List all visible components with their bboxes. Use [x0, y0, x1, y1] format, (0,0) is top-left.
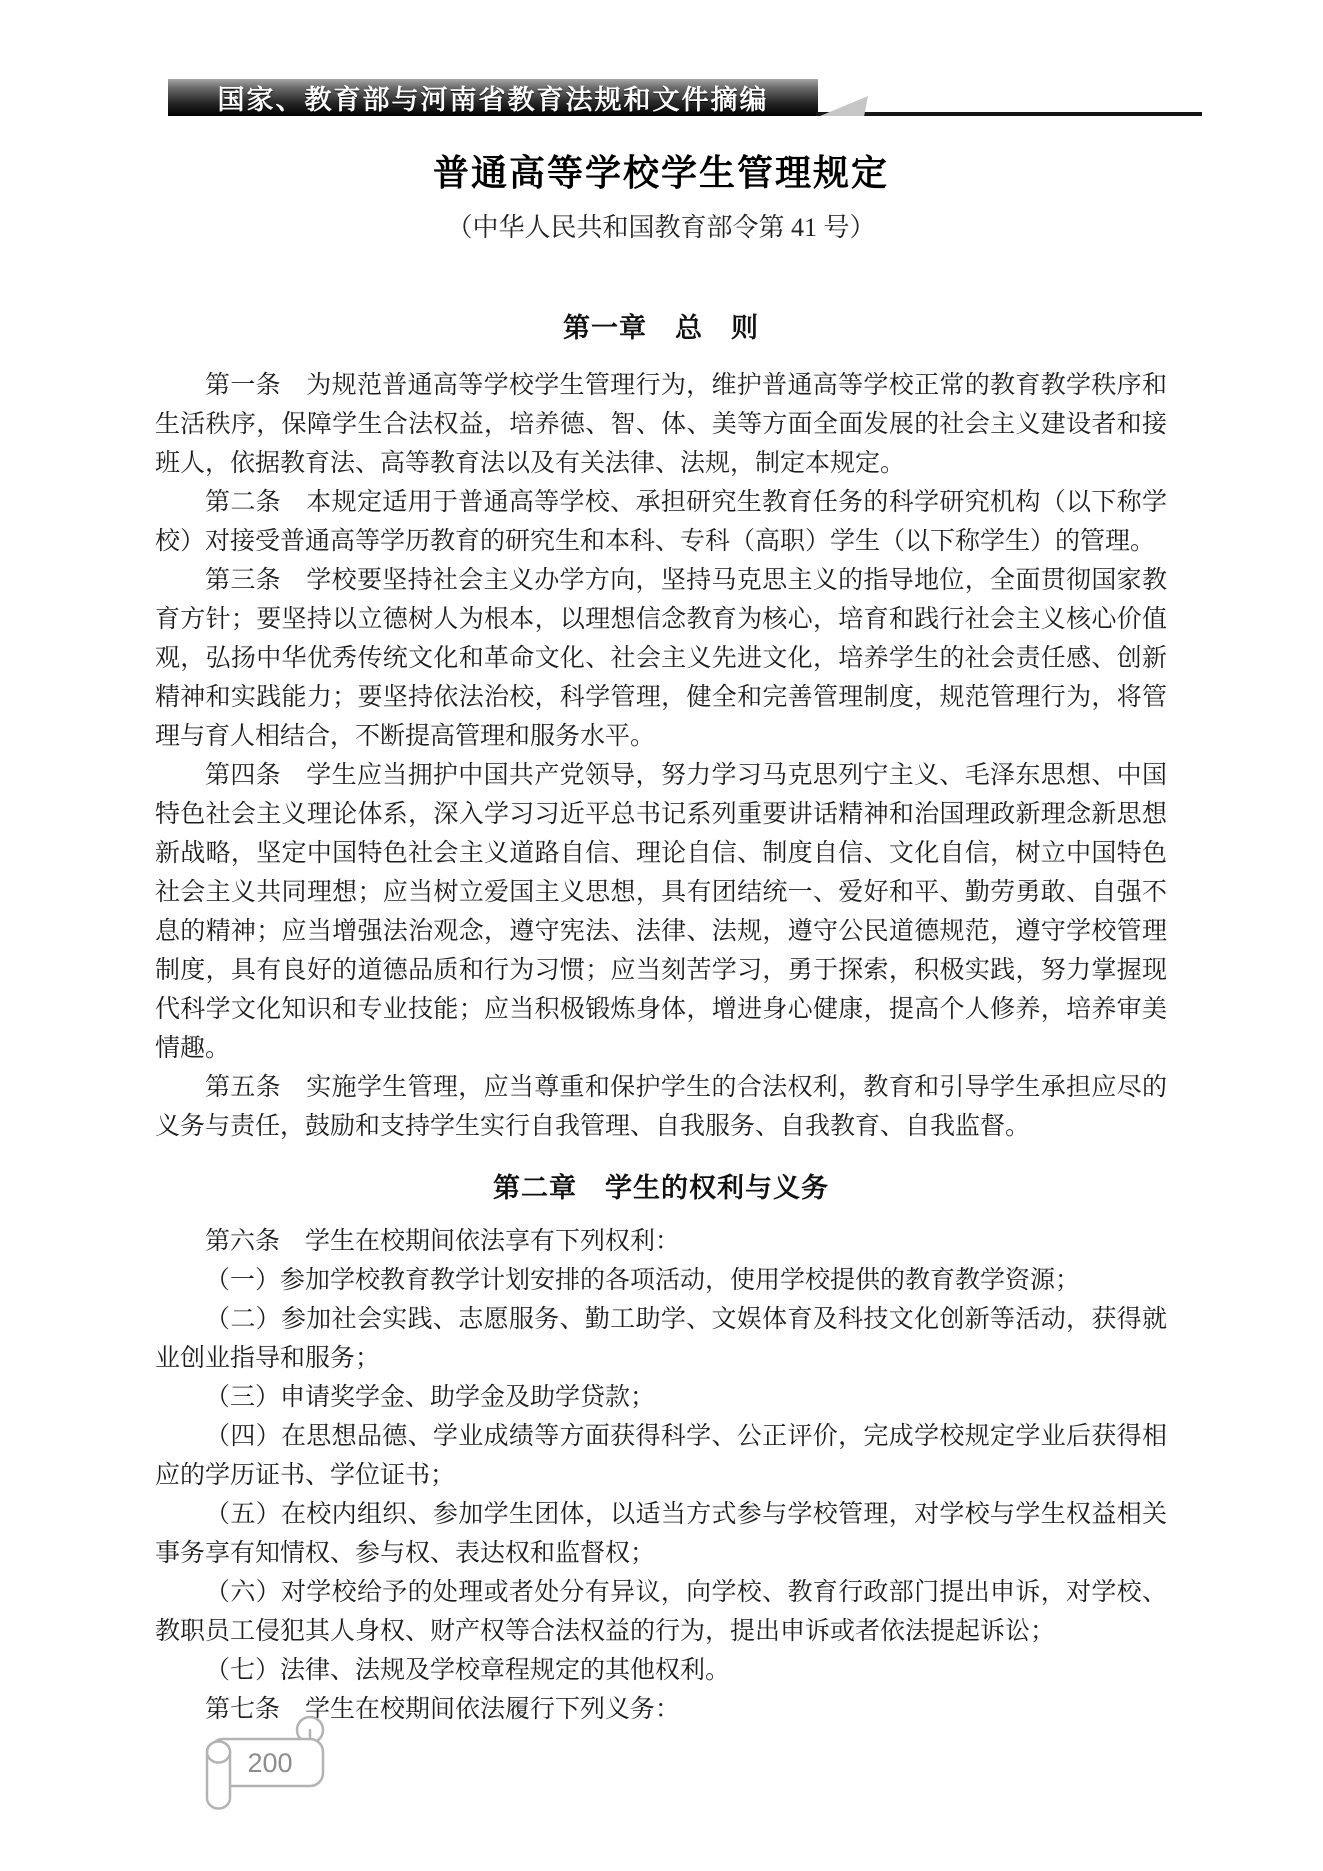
chapter-1-heading: 第一章 总 则 [155, 308, 1167, 348]
list-item-6: （六）对学校给予的处理或者处分有异议，向学校、教育行政部门提出申诉，对学校、教职… [155, 1573, 1167, 1651]
chapter-2-heading: 第二章 学生的权利与义务 [155, 1168, 1167, 1208]
document-page: 国家、教育部与河南省教育法规和文件摘编 普通高等学校学生管理规定 （中华人民共和… [0, 0, 1323, 1871]
paragraph-article-2: 第二条 本规定适用于普通高等学校、承担研究生教育任务的科学研究机构（以下称学校）… [155, 483, 1167, 561]
paragraph-article-6: 第六条 学生在校期间依法享有下列权利： [155, 1222, 1167, 1261]
page-number-scroll-icon: 200 [198, 1706, 348, 1824]
chapter-1-body: 第一条 为规范普通高等学校学生管理行为，维护普通高等学校正常的教育教学秩序和生活… [155, 366, 1167, 1146]
list-item-3: （三）申请奖学金、助学金及助学贷款； [155, 1378, 1167, 1417]
list-item-7: （七）法律、法规及学校章程规定的其他权利。 [155, 1651, 1167, 1690]
paragraph-article-1: 第一条 为规范普通高等学校学生管理行为，维护普通高等学校正常的教育教学秩序和生活… [155, 366, 1167, 483]
page-title: 普通高等学校学生管理规定 [155, 150, 1167, 196]
list-item-5: （五）在校内组织、参加学生团体，以适当方式参与学校管理，对学校与学生权益相关事务… [155, 1495, 1167, 1573]
list-item-2: （二）参加社会实践、志愿服务、勤工助学、文娱体育及科技文化创新等活动，获得就业创… [155, 1300, 1167, 1378]
page-number: 200 [247, 1748, 292, 1778]
list-item-1: （一）参加学校教育教学计划安排的各项活动，使用学校提供的教育教学资源； [155, 1261, 1167, 1300]
page-subtitle: （中华人民共和国教育部令第 41 号） [155, 210, 1167, 246]
paragraph-article-3: 第三条 学校要坚持社会主义办学方向，坚持马克思主义的指导地位，全面贯彻国家教育方… [155, 561, 1167, 756]
list-item-4: （四）在思想品德、学业成绩等方面获得科学、公正评价，完成学校规定学业后获得相应的… [155, 1417, 1167, 1495]
paragraph-article-4: 第四条 学生应当拥护中国共产党领导，努力学习马克思列宁主义、毛泽东思想、中国特色… [155, 756, 1167, 1068]
chapter-2-body: 第六条 学生在校期间依法享有下列权利： （一）参加学校教育教学计划安排的各项活动… [155, 1222, 1167, 1729]
text-column: 普通高等学校学生管理规定 （中华人民共和国教育部令第 41 号） 第一章 总 则… [155, 0, 1167, 1729]
paragraph-article-5: 第五条 实施学生管理，应当尊重和保护学生的合法权利，教育和引导学生承担应尽的义务… [155, 1068, 1167, 1146]
